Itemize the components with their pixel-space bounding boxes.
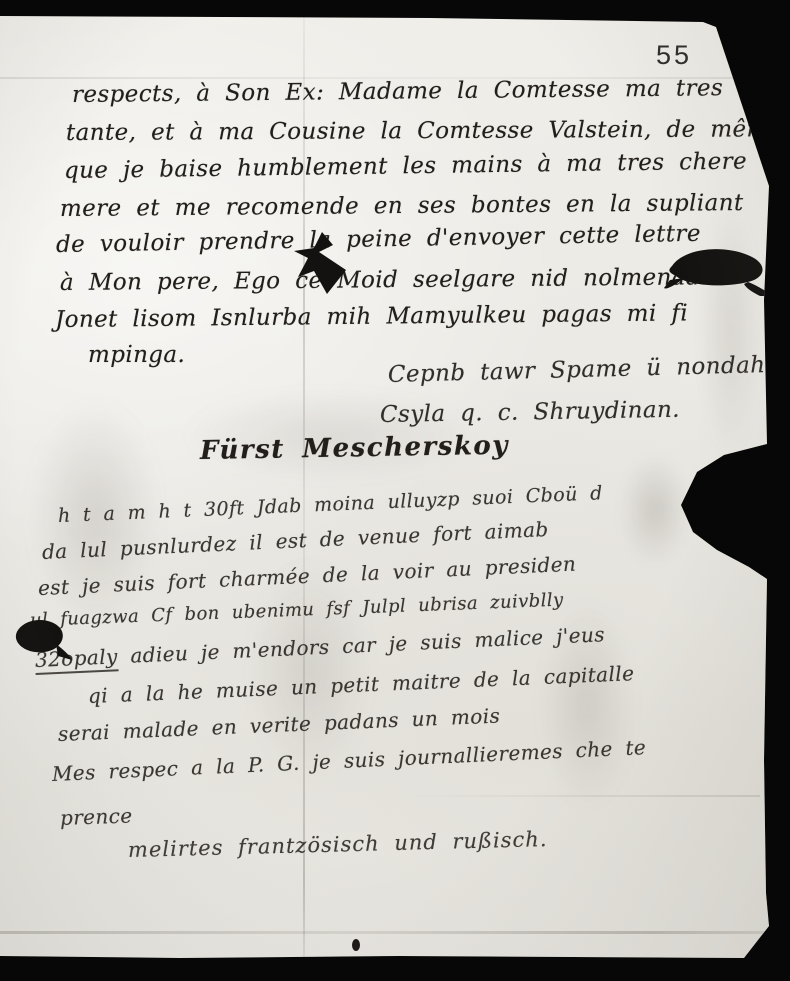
postscript-line: qi a la he muise un petit maitre de la c… <box>87 661 634 708</box>
scanned-letter-page: 55 respects, à Son Ex: Madame la Comtess… <box>0 0 790 981</box>
letter-body-line: que je baise humblement les mains à ma t… <box>64 148 747 184</box>
fold-crease <box>0 931 766 934</box>
letter-body-line: Jonet lisom Isnlurba mih Mamyulkeu pagas… <box>55 300 688 333</box>
postscript-line: 32opaly adieu je m'endors car je suis ma… <box>34 622 605 672</box>
letter-body-line: respects, à Son Ex: Madame la Comtesse m… <box>72 74 790 108</box>
letter-body-line: mere et me recomende en ses bontes en la… <box>60 190 744 222</box>
letter-closing-line: Cepnb tawr Spame ü nondah <box>388 352 766 388</box>
stain <box>250 560 370 780</box>
letter-body-line: tante, et à ma Cousine la Comtesse Valst… <box>66 116 783 146</box>
signature: Fürst Mescherskoy <box>200 431 509 466</box>
postscript-line-rest: adieu je m'endors car je suis malice j'e… <box>117 622 605 668</box>
stain <box>700 200 760 460</box>
stain <box>620 455 690 565</box>
page-number: 55 <box>656 40 692 71</box>
letter-body-line: de vouloir prendre la peine d'envoyer ce… <box>56 221 701 258</box>
ink-dot <box>350 938 362 952</box>
archival-note: melirtes frantzösisch und rußisch. <box>128 827 548 862</box>
postscript-line: prence <box>60 803 133 830</box>
postscript-line: Mes respec a la P. G. je suis journallie… <box>51 735 646 786</box>
postscript-line: serai malade en verite padans un mois <box>57 703 500 746</box>
underlined-word: 32opaly <box>34 644 118 675</box>
letter-body-line: mpinga. <box>88 342 185 368</box>
letter-closing-line: Csyla q. c. Shruydinan. <box>380 397 680 428</box>
fold-crease <box>400 795 760 797</box>
letter-body-line: à Mon pere, Ego ce Moid seelgare nid nol… <box>60 264 701 296</box>
letter-paper: 55 respects, à Son Ex: Madame la Comtess… <box>0 0 790 981</box>
